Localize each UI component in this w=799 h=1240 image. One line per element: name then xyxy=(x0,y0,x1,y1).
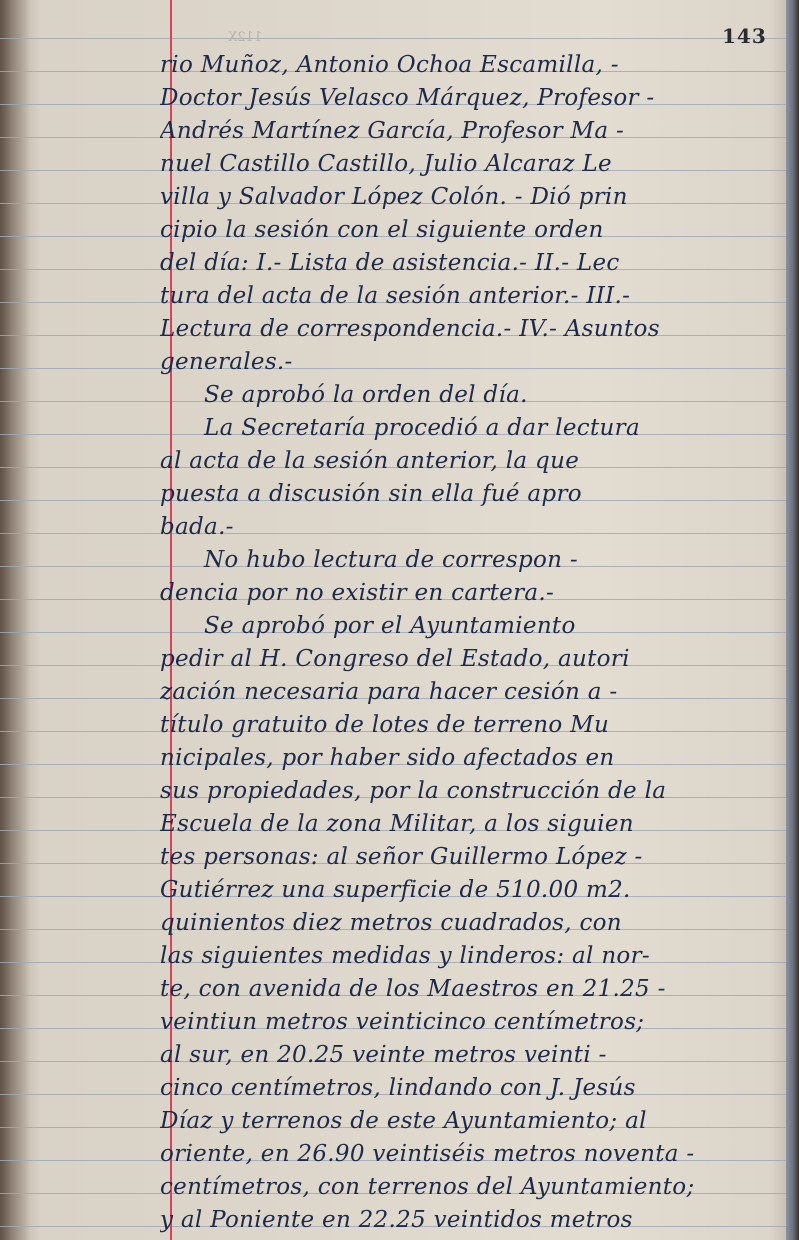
handwritten-line: Escuela de la zona Militar, a los siguie… xyxy=(160,808,772,841)
handwritten-line: del día: I.- Lista de asistencia.- II.- … xyxy=(160,247,772,280)
bleed-through-number: 112X xyxy=(228,30,262,45)
handwritten-line: rio Muñoz, Antonio Ochoa Escamilla, - xyxy=(160,49,772,82)
handwritten-line: tura del acta de la sesión anterior.- II… xyxy=(160,280,772,313)
handwritten-line: veintiun metros veinticinco centímetros; xyxy=(160,1006,772,1039)
handwritten-line: oriente, en 26.90 veintiséis metros nove… xyxy=(160,1138,772,1171)
handwritten-line: generales.- xyxy=(160,346,772,379)
handwritten-line: Doctor Jesús Velasco Márquez, Profesor - xyxy=(160,82,772,115)
handwritten-line: Andrés Martínez García, Profesor Ma - xyxy=(160,115,772,148)
handwritten-line: centímetros, con terrenos del Ayuntamien… xyxy=(160,1171,772,1204)
handwritten-line: las siguientes medidas y linderos: al no… xyxy=(160,940,772,973)
handwritten-line: cipio la sesión con el siguiente orden xyxy=(160,214,772,247)
handwritten-text-block: rio Muñoz, Antonio Ochoa Escamilla, -Doc… xyxy=(160,49,772,1237)
handwritten-line: Gutiérrez una superficie de 510.00 m2. xyxy=(160,874,772,907)
handwritten-line: puesta a discusión sin ella fué apro xyxy=(160,478,772,511)
handwritten-line: dencia por no existir en cartera.- xyxy=(160,577,772,610)
handwritten-line: sus propiedades, por la construcción de … xyxy=(160,775,772,808)
page-number: 143 xyxy=(722,24,767,48)
handwritten-line: nicipales, por haber sido afectados en xyxy=(160,742,772,775)
handwritten-line: tes personas: al señor Guillermo López - xyxy=(160,841,772,874)
handwritten-line: cinco centímetros, lindando con J. Jesús xyxy=(160,1072,772,1105)
handwritten-line: Se aprobó la orden del día. xyxy=(160,379,772,412)
handwritten-line: No hubo lectura de correspon - xyxy=(160,544,772,577)
handwritten-line: Díaz y terrenos de este Ayuntamiento; al xyxy=(160,1105,772,1138)
handwritten-line: al sur, en 20.25 veinte metros veinti - xyxy=(160,1039,772,1072)
page-edge-shadow xyxy=(786,0,799,1240)
handwritten-line: zación necesaria para hacer cesión a - xyxy=(160,676,772,709)
handwritten-line: al acta de la sesión anterior, la que xyxy=(160,445,772,478)
handwritten-line: nuel Castillo Castillo, Julio Alcaraz Le xyxy=(160,148,772,181)
handwritten-line: te, con avenida de los Maestros en 21.25… xyxy=(160,973,772,1006)
handwritten-line: pedir al H. Congreso del Estado, autori xyxy=(160,643,772,676)
handwritten-line: y al Poniente en 22.25 veintidos metros xyxy=(160,1204,772,1237)
handwritten-line: Lectura de correspondencia.- IV.- Asunto… xyxy=(160,313,772,346)
handwritten-line: quinientos diez metros cuadrados, con xyxy=(160,907,772,940)
handwritten-line: Se aprobó por el Ayuntamiento xyxy=(160,610,772,643)
handwritten-line: La Secretaría procedió a dar lectura xyxy=(160,412,772,445)
handwritten-line: villa y Salvador López Colón. - Dió prin xyxy=(160,181,772,214)
handwritten-line: bada.- xyxy=(160,511,772,544)
handwritten-line: título gratuito de lotes de terreno Mu xyxy=(160,709,772,742)
ledger-page: 112X 143 rio Muñoz, Antonio Ochoa Escami… xyxy=(0,0,786,1240)
